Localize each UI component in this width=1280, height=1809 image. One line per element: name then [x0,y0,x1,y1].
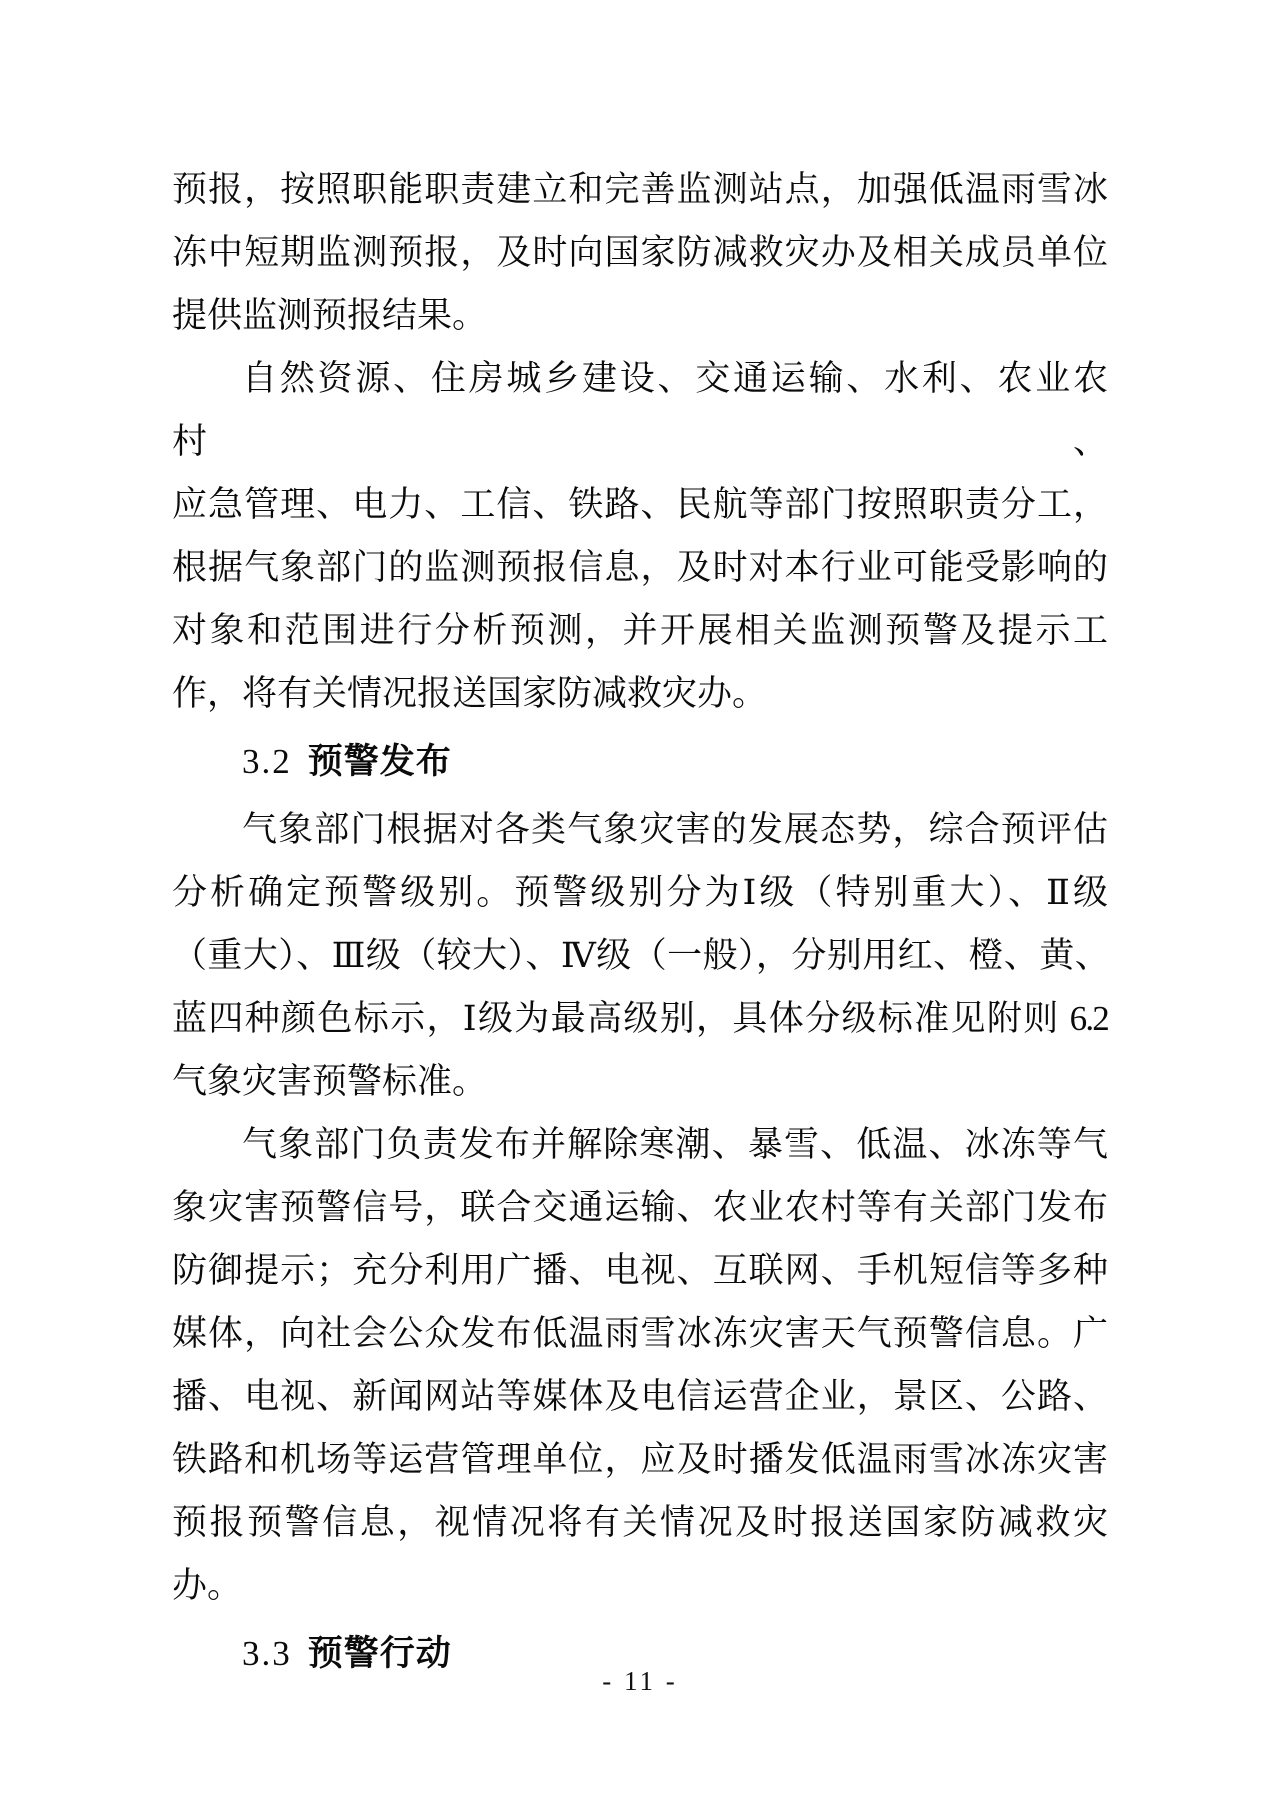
body-line: 气象部门根据对各类气象灾害的发展态势，综合预评估 [172,798,1108,861]
body-line: 防御提示；充分利用广播、电视、互联网、手机短信等多种 [172,1239,1108,1302]
body-line: （重大）、Ⅲ级（较大）、Ⅳ级（一般），分别用红、橙、黄、 [172,924,1108,987]
body-line: 作，将有关情况报送国家防减救灾办。 [172,662,1108,725]
page-number: - 11 - [0,1666,1280,1697]
body-line: 气象灾害预警标准。 [172,1050,1108,1113]
body-line: 蓝四种颜色标示，Ⅰ级为最高级别，具体分级标准见附则 6.2 [172,987,1108,1050]
body-line: 铁路和机场等运营管理单位，应及时播发低温雨雪冰冻灾害 [172,1428,1108,1491]
body-line: 预报，按照职能职责建立和完善监测站点，加强低温雨雪冰 [172,158,1108,221]
body-line: 气象部门负责发布并解除寒潮、暴雪、低温、冰冻等气 [172,1113,1108,1176]
body-line: 冻中短期监测预报，及时向国家防减救灾办及相关成员单位 [172,221,1108,284]
body-line: 分析确定预警级别。预警级别分为Ⅰ级（特别重大）、Ⅱ级 [172,861,1108,924]
body-line: 提供监测预报结果。 [172,284,1108,347]
body-line: 预报预警信息，视情况将有关情况及时报送国家防减救灾 [172,1491,1108,1554]
body-line: 根据气象部门的监测预报信息，及时对本行业可能受影响的 [172,536,1108,599]
document-page: 预报，按照职能职责建立和完善监测站点，加强低温雨雪冰 冻中短期监测预报，及时向国… [0,0,1280,1809]
body-line: 播、电视、新闻网站等媒体及电信运营企业，景区、公路、 [172,1365,1108,1428]
body-line: 办。 [172,1554,1108,1617]
section-number: 3.2 [242,742,292,781]
section-heading-3-2: 3.2预警发布 [172,730,1108,793]
body-line: 对象和范围进行分析预测，并开展相关监测预警及提示工 [172,599,1108,662]
section-title: 预警发布 [308,742,452,781]
document-body: 预报，按照职能职责建立和完善监测站点，加强低温雨雪冰 冻中短期监测预报，及时向国… [172,158,1108,1690]
body-line: 象灾害预警信号，联合交通运输、农业农村等有关部门发布 [172,1176,1108,1239]
body-line: 应急管理、电力、工信、铁路、民航等部门按照职责分工， [172,473,1108,536]
body-line: 自然资源、住房城乡建设、交通运输、水利、农业农村、 [172,347,1108,473]
body-line: 媒体，向社会公众发布低温雨雪冰冻灾害天气预警信息。广 [172,1302,1108,1365]
